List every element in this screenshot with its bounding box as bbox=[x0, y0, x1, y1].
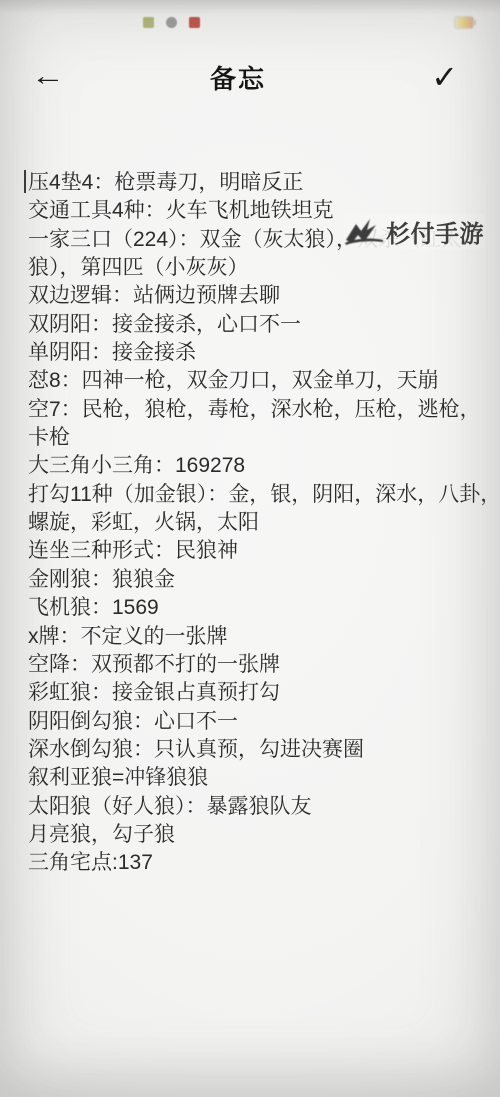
note-text: 单阴阳：接金接杀 bbox=[28, 341, 196, 364]
note-text: 彩虹狼：接金银占真预打勾 bbox=[28, 681, 280, 704]
note-line[interactable]: 双边逻辑：站俩边预牌去聊 bbox=[28, 282, 498, 310]
notification-icon-flag bbox=[189, 17, 200, 28]
note-text: 月亮狼，勾子狼 bbox=[28, 823, 175, 846]
note-text: 太阳狼（好人狼）：暴露狼队友 bbox=[28, 795, 312, 818]
note-text: 交通工具4种：火车飞机地铁坦克 bbox=[28, 199, 334, 222]
note-line[interactable]: x牌：不定义的一张牌 bbox=[28, 623, 498, 651]
note-line[interactable]: 叙利亚狼=冲锋狼狼 bbox=[28, 764, 498, 792]
note-text-faded: 双杀（红太 bbox=[357, 228, 462, 251]
page-title: 备忘 bbox=[0, 56, 476, 98]
memo-screen: ← 备忘 ✓ 压4垫4：枪票毒刀，明暗反正交通工具4种：火车飞机地铁坦克一家三口… bbox=[0, 0, 500, 1097]
note-text: 双边逻辑：站俩边预牌去聊 bbox=[28, 284, 280, 307]
note-text: 压4垫4：枪票毒刀，明暗反正 bbox=[28, 171, 303, 194]
note-text: x牌：不定义的一张牌 bbox=[28, 625, 228, 648]
note-text: 狼），第四匹（小灰灰） bbox=[28, 256, 249, 279]
note-text: 金刚狼：狼狼金 bbox=[28, 568, 175, 591]
note-text: 双阴阳：接金接杀，心口不一 bbox=[28, 313, 301, 336]
note-text: 连坐三种形式：民狼神 bbox=[28, 539, 238, 562]
note-line[interactable]: 太阳狼（好人狼）：暴露狼队友 bbox=[28, 793, 498, 821]
note-text: 三角宅点:137 bbox=[28, 851, 153, 874]
note-line[interactable]: 大三角小三角：169278 bbox=[28, 452, 498, 480]
confirm-check-icon[interactable]: ✓ bbox=[431, 56, 458, 98]
note-line[interactable]: 打勾11种（加金银）：金，银，阴阳，深水，八卦， bbox=[28, 481, 498, 509]
note-line[interactable]: 压4垫4：枪票毒刀，明暗反正 bbox=[28, 169, 498, 197]
note-text: 空降：双预都不打的一张牌 bbox=[28, 653, 280, 676]
note-line[interactable]: 一家三口（224）：双金（灰太狼），双杀（红太 bbox=[28, 226, 498, 254]
note-line[interactable]: 深水倒勾狼：只认真预，勾进决赛圈 bbox=[28, 736, 498, 764]
note-line[interactable]: 螺旋，彩虹，火锅，太阳 bbox=[28, 509, 498, 537]
note-line[interactable]: 空7：民枪，狼枪，毒枪，深水枪，压枪，逃枪， bbox=[28, 396, 498, 424]
notification-icon-app bbox=[143, 17, 154, 28]
note-line[interactable]: 连坐三种形式：民狼神 bbox=[28, 537, 498, 565]
note-line[interactable]: 卡枪 bbox=[28, 424, 498, 452]
note-line[interactable]: 彩虹狼：接金银占真预打勾 bbox=[28, 679, 498, 707]
battery-icon bbox=[455, 17, 473, 28]
note-line[interactable]: 单阴阳：接金接杀 bbox=[28, 339, 498, 367]
note-text: 怼8：四神一枪，双金刀口，双金单刀，天崩 bbox=[28, 369, 439, 392]
note-text: 螺旋，彩虹，火锅，太阳 bbox=[28, 511, 259, 534]
note-line[interactable]: 双阴阳：接金接杀，心口不一 bbox=[28, 311, 498, 339]
text-cursor bbox=[24, 170, 26, 193]
note-line[interactable]: 阴阳倒勾狼：心口不一 bbox=[28, 708, 498, 736]
note-text: 大三角小三角：169278 bbox=[28, 454, 245, 477]
note-line[interactable]: 交通工具4种：火车飞机地铁坦克 bbox=[28, 197, 498, 225]
status-bar bbox=[0, 0, 500, 34]
note-text: 飞机狼：1569 bbox=[28, 596, 159, 619]
note-editor[interactable]: 压4垫4：枪票毒刀，明暗反正交通工具4种：火车飞机地铁坦克一家三口（224）：双… bbox=[28, 169, 498, 878]
note-text: 阴阳倒勾狼：心口不一 bbox=[28, 710, 238, 733]
note-line[interactable]: 空降：双预都不打的一张牌 bbox=[28, 651, 498, 679]
note-text: 打勾11种（加金银）：金，银，阴阳，深水，八卦， bbox=[28, 483, 500, 506]
notification-icon-sync bbox=[166, 17, 177, 28]
note-line[interactable]: 三角宅点:137 bbox=[28, 849, 498, 877]
note-text: 深水倒勾狼：只认真预，勾进决赛圈 bbox=[28, 738, 364, 761]
notification-icons bbox=[143, 17, 200, 28]
note-text: 卡枪 bbox=[28, 426, 70, 449]
note-line[interactable]: 月亮狼，勾子狼 bbox=[28, 821, 498, 849]
note-line[interactable]: 飞机狼：1569 bbox=[28, 594, 498, 622]
memo-header: ← 备忘 ✓ bbox=[0, 56, 500, 98]
note-text: 一家三口（224）：双金（灰太狼）， bbox=[28, 228, 357, 251]
note-line[interactable]: 狼），第四匹（小灰灰） bbox=[28, 254, 498, 282]
note-line[interactable]: 怼8：四神一枪，双金刀口，双金单刀，天崩 bbox=[28, 367, 498, 395]
note-text: 叙利亚狼=冲锋狼狼 bbox=[28, 766, 208, 789]
note-text: 空7：民枪，狼枪，毒枪，深水枪，压枪，逃枪， bbox=[28, 398, 481, 421]
note-line[interactable]: 金刚狼：狼狼金 bbox=[28, 566, 498, 594]
